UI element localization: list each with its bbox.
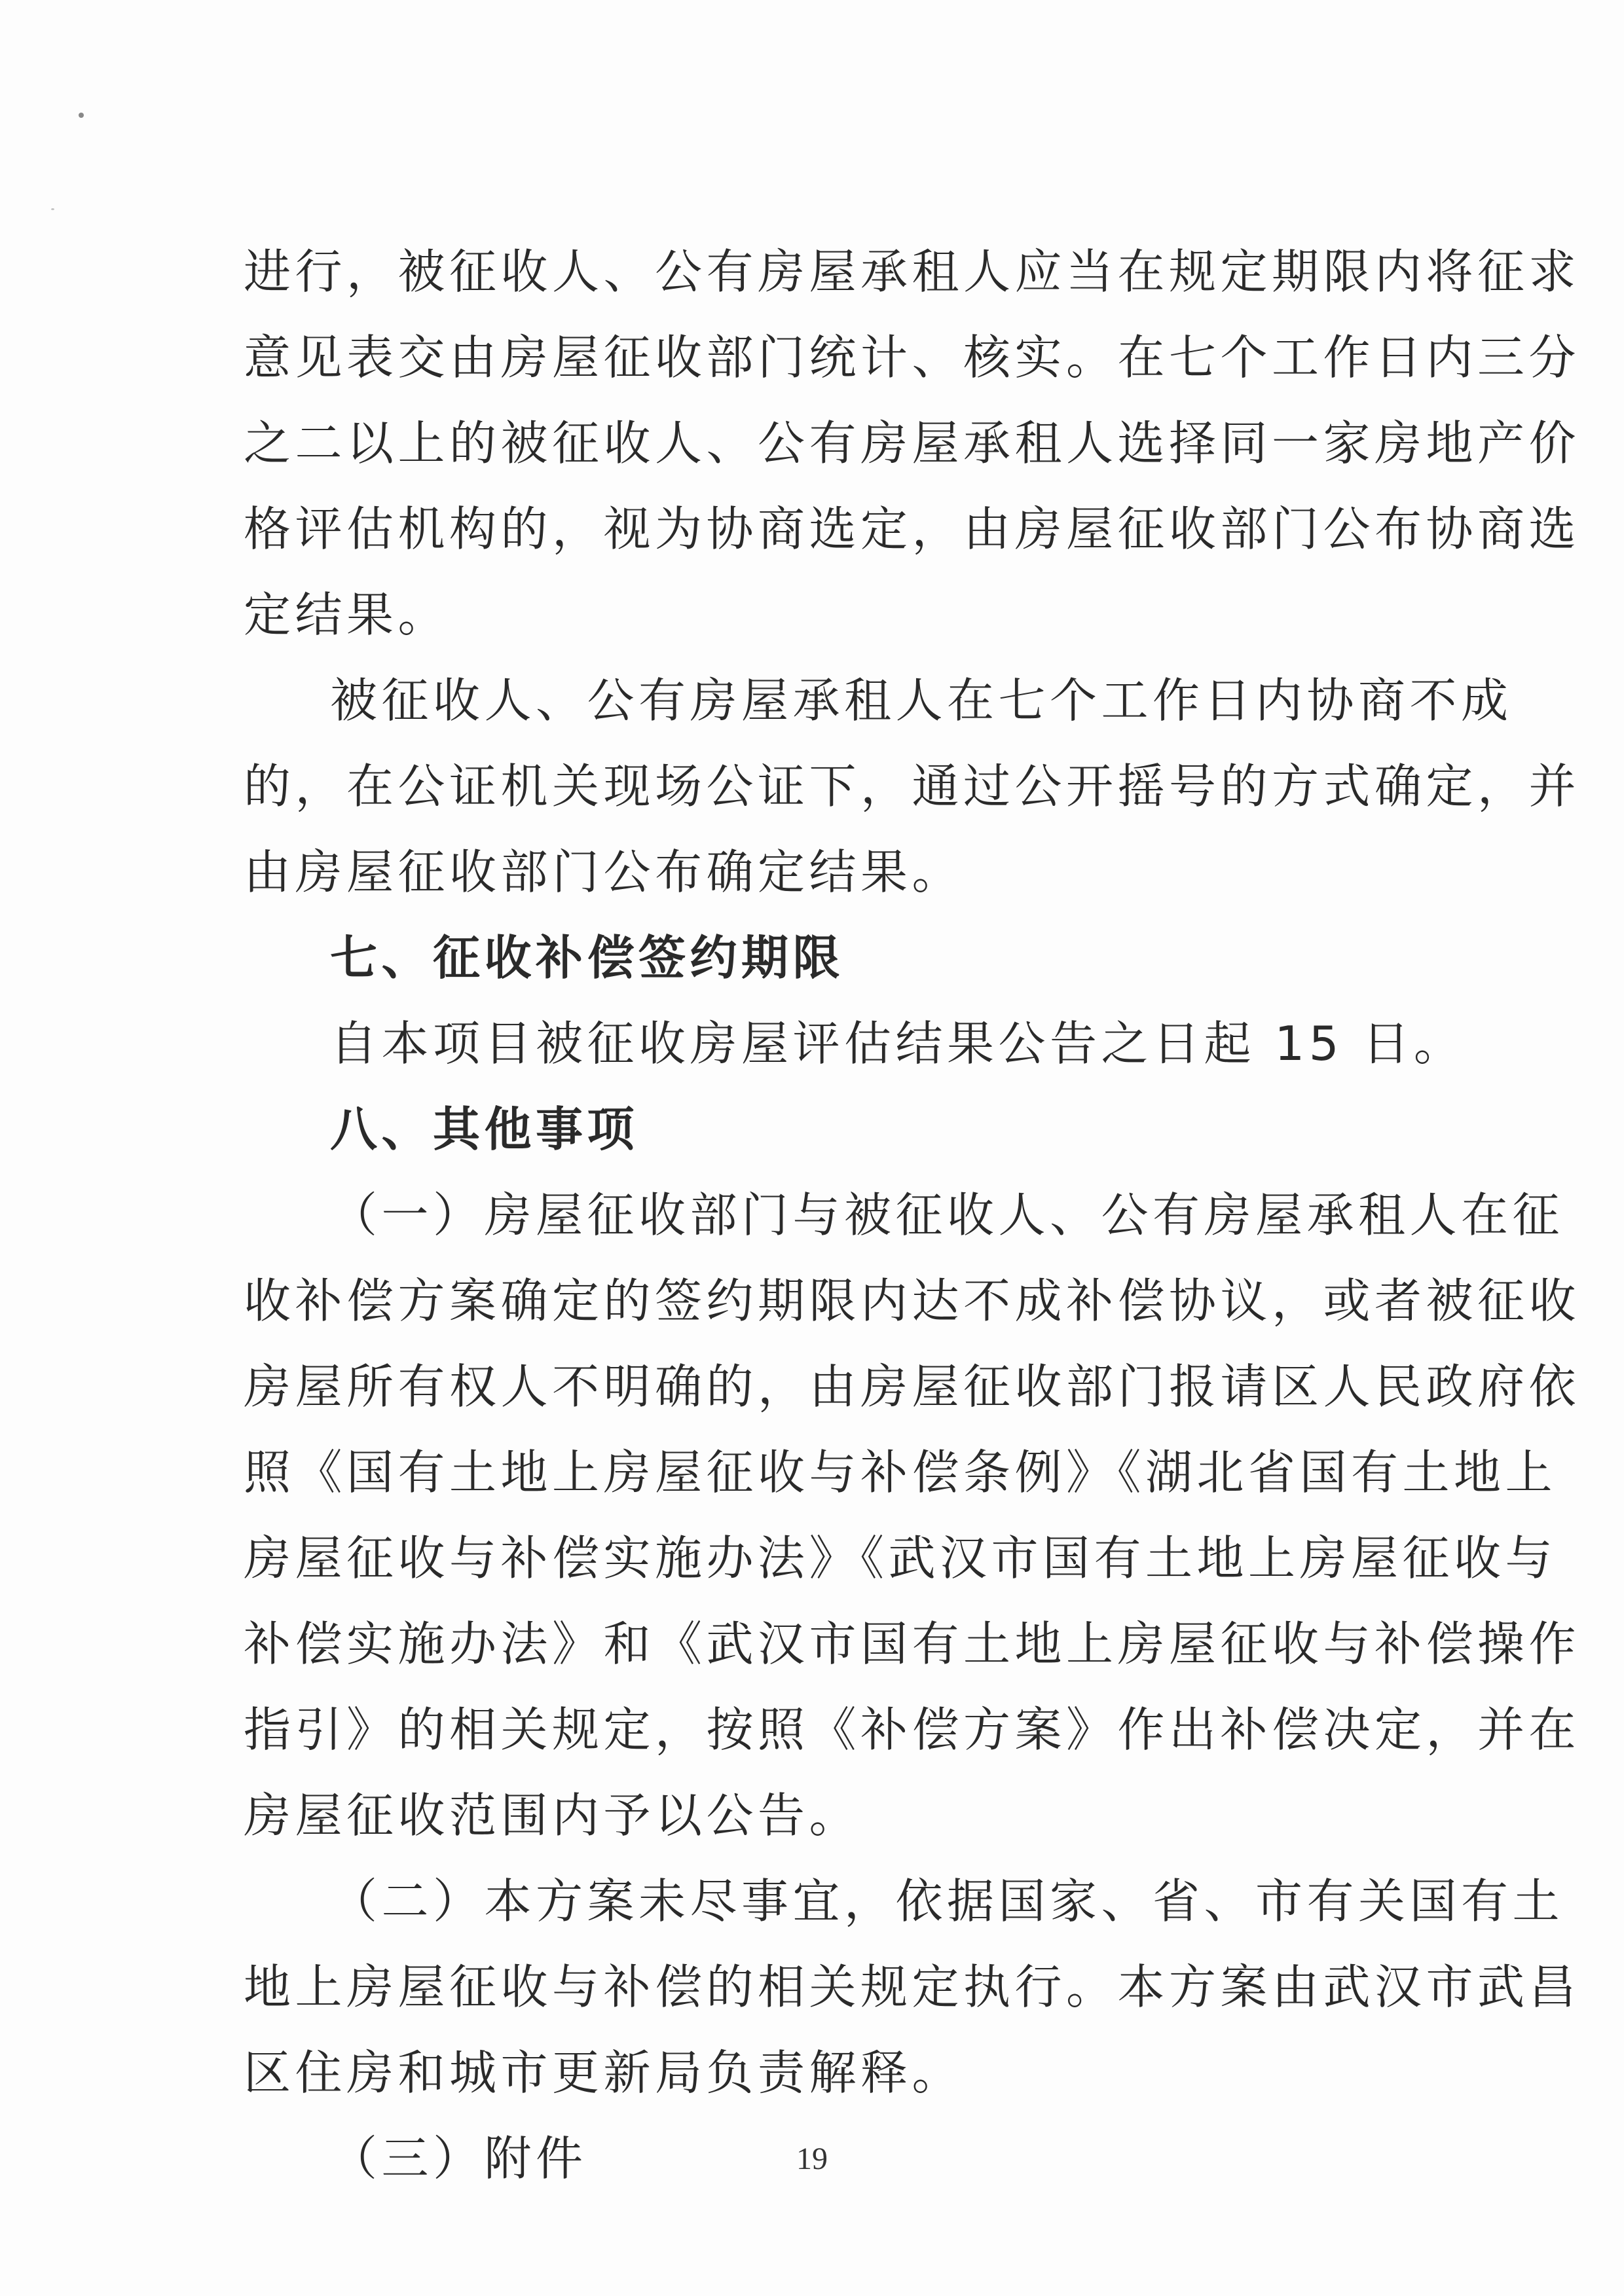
- body-text: 进行，被征收人、公有房屋承租人应当在规定期限内将征求 意见表交由房屋征收部门统计…: [244, 229, 1383, 2202]
- page-number: 19: [0, 2141, 1624, 2177]
- document-page: 进行，被征收人、公有房屋承租人应当在规定期限内将征求 意见表交由房屋征收部门统计…: [0, 0, 1624, 2296]
- text-line: 定结果。: [244, 572, 1383, 658]
- item-2-start: （二）本方案未尽事宜，依据国家、省、市有关国有土: [244, 1859, 1383, 1944]
- text-line: 格评估机构的，视为协商选定，由房屋征收部门公布协商选: [244, 486, 1383, 572]
- text-line: 的，在公证机关现场公证下，通过公开摇号的方式确定，并: [244, 744, 1383, 829]
- text-line: 由房屋征收部门公布确定结果。: [244, 829, 1383, 915]
- text-line: 房屋征收范围内予以公告。: [244, 1773, 1383, 1859]
- text-line: 之二以上的被征收人、公有房屋承租人选择同一家房地产价: [244, 401, 1383, 486]
- signing-deadline-text: 自本项目被征收房屋评估结果公告之日起 15 日。: [244, 1001, 1383, 1087]
- paragraph-start: 被征收人、公有房屋承租人在七个工作日内协商不成: [244, 658, 1383, 744]
- text-line: 区住房和城市更新局负责解释。: [244, 2030, 1383, 2116]
- section-heading-7: 七、征收补偿签约期限: [244, 915, 1383, 1001]
- text-line: 进行，被征收人、公有房屋承租人应当在规定期限内将征求: [244, 229, 1383, 315]
- text-line: 指引》的相关规定，按照《补偿方案》作出补偿决定，并在: [244, 1687, 1383, 1773]
- item-1-start: （一）房屋征收部门与被征收人、公有房屋承租人在征: [244, 1173, 1383, 1258]
- text-line: 房屋征收与补偿实施办法》《武汉市国有土地上房屋征收与: [244, 1516, 1383, 1601]
- text-line: 意见表交由房屋征收部门统计、核实。在七个工作日内三分: [244, 315, 1383, 401]
- text-line: 地上房屋征收与补偿的相关规定执行。本方案由武汉市武昌: [244, 1944, 1383, 2030]
- section-heading-8: 八、其他事项: [244, 1087, 1383, 1173]
- text-line: 补偿实施办法》和《武汉市国有土地上房屋征收与补偿操作: [244, 1601, 1383, 1687]
- text-line: 照《国有土地上房屋征收与补偿条例》《湖北省国有土地上: [244, 1430, 1383, 1516]
- text-line: 房屋所有权人不明确的，由房屋征收部门报请区人民政府依: [244, 1344, 1383, 1430]
- scan-speck: [79, 113, 84, 118]
- scan-speck: [51, 208, 54, 210]
- text-line: 收补偿方案确定的签约期限内达不成补偿协议，或者被征收: [244, 1258, 1383, 1344]
